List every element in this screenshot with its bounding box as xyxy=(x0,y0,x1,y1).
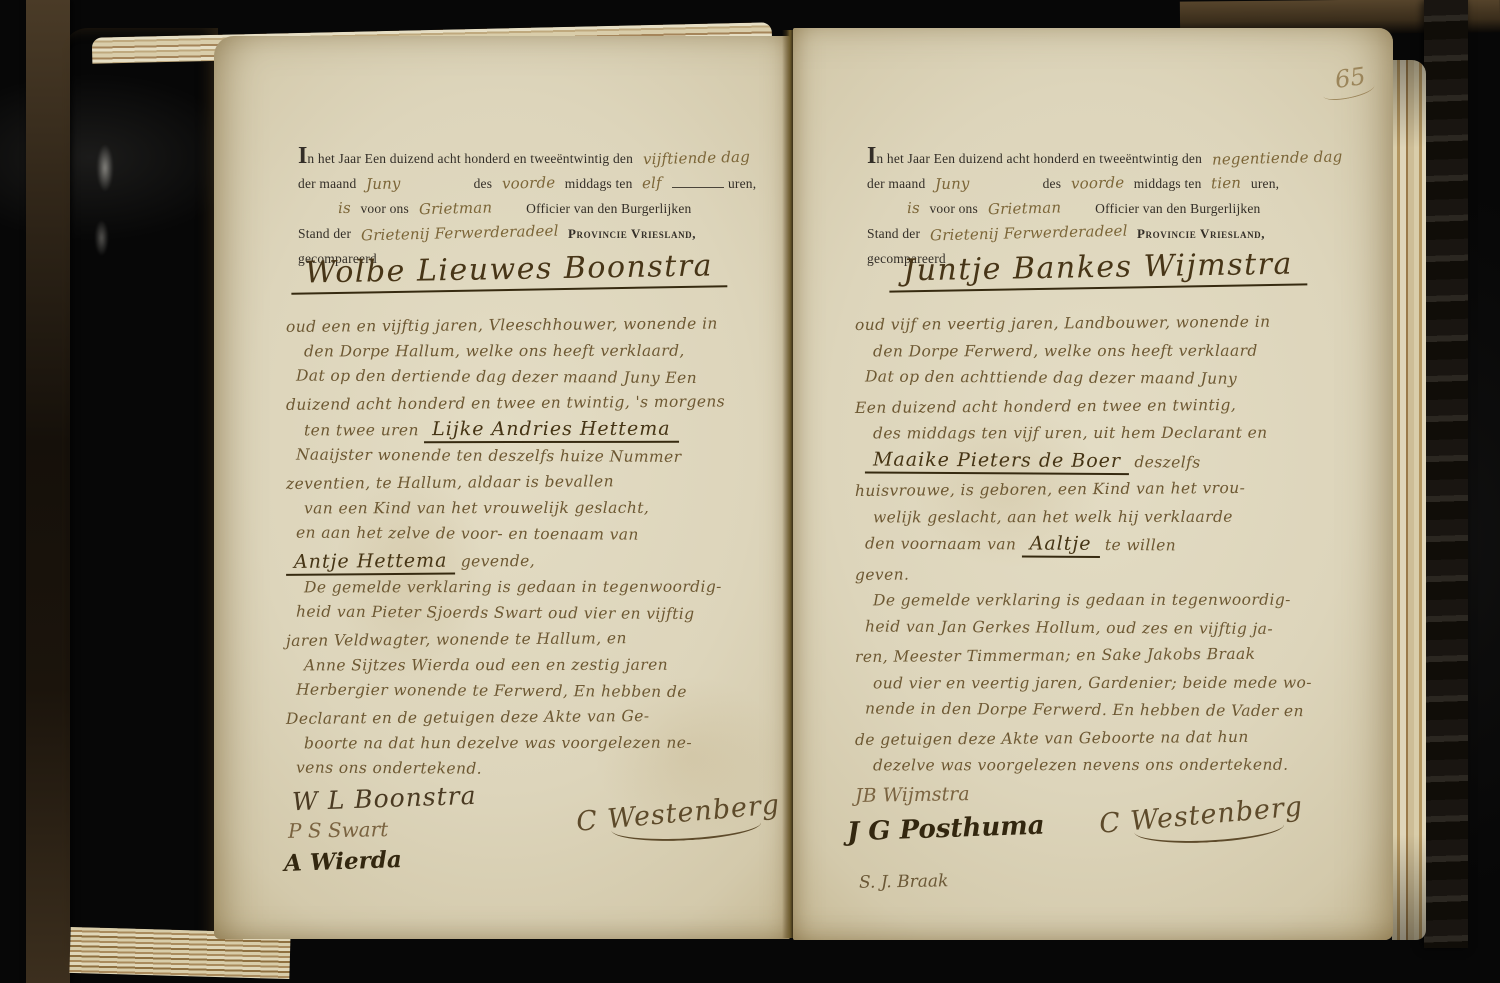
manuscript-text: te willen xyxy=(1099,536,1176,554)
printed-text: middags ten xyxy=(1134,176,1202,191)
act-body-left: oud een en vijftig jaren, Vleeschhouwer,… xyxy=(286,312,766,782)
handwritten-day: negentiende dag xyxy=(1205,144,1348,172)
handwritten-day: vijftiende dag xyxy=(636,145,756,173)
signature-witness: A Wierda xyxy=(284,846,403,877)
printed-text: middags ten xyxy=(565,176,633,191)
manuscript-line: duizend acht honderd en twee en twintig,… xyxy=(286,388,766,418)
manuscript-line: des middags ten vijf uren, uit hem Decla… xyxy=(873,420,1355,448)
manuscript-line: Maaike Pieters de Boer deszelfs xyxy=(865,446,1355,477)
header-line: is voor ons Grietman Officier van den Bu… xyxy=(298,196,728,221)
declarant-name-text: Juntje Bankes Wijmstra xyxy=(889,246,1307,292)
manuscript-line: en aan het zelve de voor- en toenaam van xyxy=(296,520,766,549)
manuscript-line: den Dorpe Ferwerd, welke ons heeft verkl… xyxy=(873,337,1355,365)
handwritten-hour: tien xyxy=(1205,170,1248,196)
printed-province: Provincie Vriesland, xyxy=(568,226,696,241)
printed-text: voor ons xyxy=(929,201,977,216)
manuscript-line: De gemelde verklaring is gedaan in tegen… xyxy=(304,574,766,601)
header-line: In het Jaar Een duizend acht honderd en … xyxy=(298,146,728,171)
page-edges-right xyxy=(1392,60,1426,940)
manuscript-line: de getuigen deze Akte van Geboorte na da… xyxy=(855,723,1355,754)
handwritten-district: Grietenij Ferwerderadeel xyxy=(354,218,564,248)
child-name: Antje Hettema xyxy=(286,550,456,576)
header-line: der maand Juny des voorde middags ten ti… xyxy=(867,171,1297,196)
handwritten-daypart: voorde xyxy=(495,170,561,197)
manuscript-line: Dat op den dertiende dag dezer maand Jun… xyxy=(296,363,766,392)
manuscript-line: dezelve was voorgelezen nevens ons onder… xyxy=(873,752,1355,780)
manuscript-line: De gemelde verklaring is gedaan in tegen… xyxy=(873,587,1355,615)
signature-official: C Westenberg xyxy=(1098,791,1304,840)
printed-text: der maand xyxy=(867,176,925,191)
manuscript-line: oud vier en veertig jaren, Gardenier; be… xyxy=(873,669,1355,697)
manuscript-line: nende in den Dorpe Ferwerd. En hebben de… xyxy=(865,696,1355,726)
printed-text: Officier van den Burgerlijken xyxy=(1095,201,1260,216)
book-cover-right-edge xyxy=(1424,0,1468,948)
right-page: 65 In het Jaar Een duizend acht honderd … xyxy=(793,28,1393,940)
printed-province: Provincie Vriesland, xyxy=(1137,226,1265,241)
manuscript-line: huisvrouwe, is geboren, een Kind van het… xyxy=(855,474,1355,505)
manuscript-text: ten twee uren xyxy=(304,421,424,439)
manuscript-line: Naaijster wonende ten deszelfs huize Num… xyxy=(296,442,766,471)
mother-name: Lijke Andries Hettema xyxy=(424,418,678,443)
manuscript-line: den Dorpe Hallum, welke ons heeft verkla… xyxy=(304,338,766,365)
header-line: In het Jaar Een duizend acht honderd en … xyxy=(867,146,1297,171)
manuscript-line: geven. xyxy=(855,558,1355,589)
header-line: is voor ons Grietman Officier van den Bu… xyxy=(867,196,1297,221)
declarant-name: Wolbe Lieuwes Boonstra xyxy=(254,248,765,292)
manuscript-text: gevende, xyxy=(455,552,535,571)
header-line: Stand der Grietenij Ferwerderadeel Provi… xyxy=(298,221,728,246)
printed-text: des xyxy=(474,176,493,191)
printed-text: n het Jaar Een duizend acht honderd en t… xyxy=(876,151,1202,166)
manuscript-line: Anne Sijtzes Wierda oud een en zestig ja… xyxy=(304,652,766,679)
signature-witness: P S Swart xyxy=(288,817,389,843)
handwritten-word: is xyxy=(901,196,927,222)
printed-text: der maand xyxy=(298,176,356,191)
manuscript-line: van een Kind van het vrouwelijk geslacht… xyxy=(304,495,766,522)
manuscript-line: ten twee uren Lijke Andries Hettema xyxy=(304,416,766,444)
signature-witness: W L Boonstra xyxy=(292,781,477,816)
handwritten-daypart: voorde xyxy=(1064,170,1130,197)
signature-official: C Westenberg xyxy=(575,789,781,838)
signature-witness: JB Wijmstra xyxy=(855,783,970,807)
printed-text: voor ons xyxy=(360,201,408,216)
header-line: der maand Juny des voorde middags ten el… xyxy=(298,171,728,196)
illuminated-initial: I xyxy=(298,143,307,169)
child-name: Aaltje xyxy=(1022,532,1100,557)
handwritten-official-title: Grietman xyxy=(981,195,1092,223)
manuscript-line: Herbergier wonende te Ferwerd, En hebben… xyxy=(296,677,766,706)
left-page: In het Jaar Een duizend acht honderd en … xyxy=(214,36,790,939)
handwritten-month: Juny xyxy=(360,170,471,198)
signature-witness: S. J. Braak xyxy=(859,871,949,893)
mother-name: Maaike Pieters de Boer xyxy=(865,448,1129,475)
header-line: Stand der Grietenij Ferwerderadeel Provi… xyxy=(867,221,1297,246)
printed-text: Stand der xyxy=(867,226,920,241)
manuscript-line: Dat op den achttiende dag dezer maand Ju… xyxy=(865,364,1355,394)
manuscript-line: heid van Pieter Sjoerds Swart oud vier e… xyxy=(296,599,766,628)
manuscript-line: ren, Meester Timmerman; en Sake Jakobs B… xyxy=(855,640,1355,671)
manuscript-line: jaren Veldwagter, wonende te Hallum, en xyxy=(286,624,766,654)
printed-text: des xyxy=(1043,176,1062,191)
book-scan: { "page_number": "65", "left_page": { "h… xyxy=(0,0,1500,983)
printed-text: uren, xyxy=(1251,176,1279,191)
manuscript-line: oud een en vijftig jaren, Vleeschhouwer,… xyxy=(286,310,766,340)
manuscript-line: den voornaam van Aaltje te willen xyxy=(865,530,1355,561)
manuscript-line: heid van Jan Gerkes Hollum, oud zes en v… xyxy=(865,613,1355,643)
blank-rule xyxy=(672,178,724,188)
handwritten-word: is xyxy=(332,196,358,222)
handwritten-month: Juny xyxy=(929,170,1040,198)
handwritten-official-title: Grietman xyxy=(412,195,523,223)
manuscript-line: Een duizend acht honderd en twee en twin… xyxy=(855,391,1355,422)
printed-text: Officier van den Burgerlijken xyxy=(526,201,691,216)
manuscript-line: welijk geslacht, aan het welk hij verkla… xyxy=(873,503,1355,531)
manuscript-line: vens ons ondertekend. xyxy=(296,755,766,784)
handwritten-hour: elf xyxy=(636,171,668,197)
printed-text: n het Jaar Een duizend acht honderd en t… xyxy=(307,151,633,166)
manuscript-line: zeventien, te Hallum, aldaar is bevallen xyxy=(286,467,766,497)
illuminated-initial: I xyxy=(867,143,876,169)
act-body-right: oud vijf en veertig jaren, Landbouwer, w… xyxy=(855,310,1355,780)
signature-witness: J G Posthuma xyxy=(847,811,1046,848)
manuscript-line: Antje Hettema gevende, xyxy=(286,545,766,576)
manuscript-line: Declarant en de getuigen deze Akte van G… xyxy=(286,702,766,732)
declarant-name-text: Wolbe Lieuwes Boonstra xyxy=(291,248,728,295)
folio-number: 65 xyxy=(1333,62,1367,94)
manuscript-text: den voornaam van xyxy=(865,535,1022,554)
manuscript-text: deszelfs xyxy=(1129,453,1201,471)
manuscript-line: oud vijf en veertig jaren, Landbouwer, w… xyxy=(855,308,1355,339)
manuscript-line: boorte na dat hun dezelve was voorgeleze… xyxy=(304,730,766,757)
printed-text: Stand der xyxy=(298,226,351,241)
printed-text: uren, xyxy=(728,176,756,191)
handwritten-district: Grietenij Ferwerderadeel xyxy=(923,218,1133,248)
page-edges-left xyxy=(62,28,218,973)
